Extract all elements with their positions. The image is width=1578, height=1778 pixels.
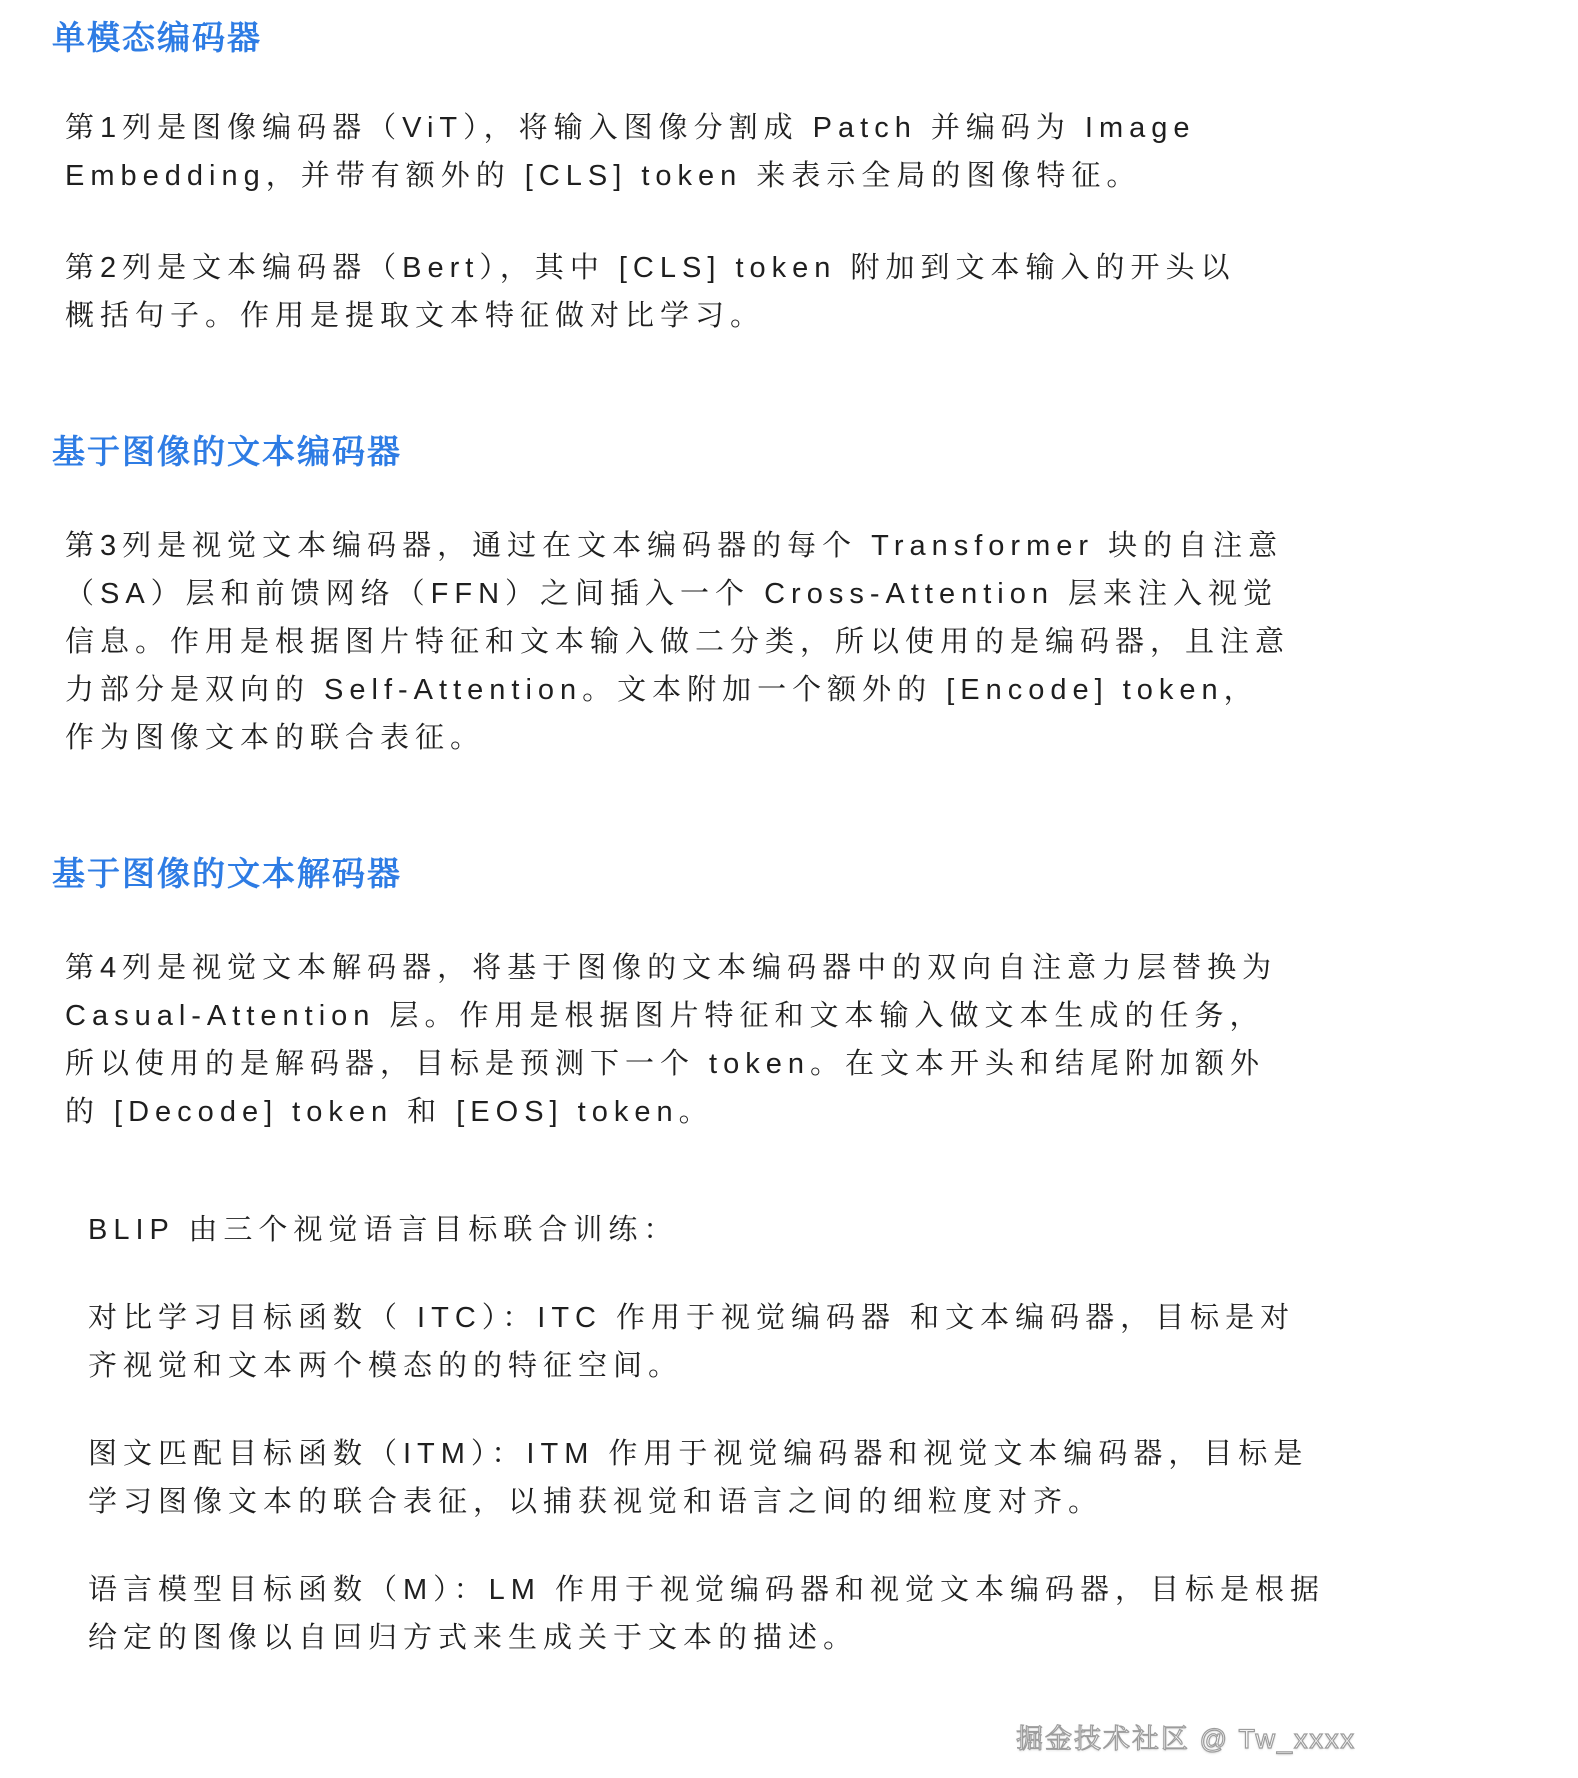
article-body: 单模态编码器 第1列是图像编码器（ViT），将输入图像分割成 Patch 并编码… [0,0,1532,1662]
training-notes-block: BLIP 由三个视觉语言目标联合训练： 对比学习目标函数（ ITC）：ITC 作… [88,1206,1532,1662]
paragraph-image-grounded-text-decoder: 第4列是视觉文本解码器，将基于图像的文本编码器中的双向自注意力层替换为 Casu… [65,944,1532,1136]
note-itm-objective: 图文匹配目标函数（ITM）：ITM 作用于视觉编码器和视觉文本编码器，目标是 学… [88,1430,1532,1526]
note-lm-objective: 语言模型目标函数（M）：LM 作用于视觉编码器和视觉文本编码器，目标是根据 给定… [88,1566,1532,1662]
note-training-intro: BLIP 由三个视觉语言目标联合训练： [88,1206,1532,1254]
juejin-watermark: 掘金技术社区 @ Tw_xxxx [1016,1717,1356,1756]
heading-image-grounded-text-encoder: 基于图像的文本编码器 [52,430,1532,474]
paragraph-bert-text-encoder: 第2列是文本编码器（Bert），其中 [CLS] token 附加到文本输入的开… [65,244,1532,340]
heading-unimodal-encoder: 单模态编码器 [52,16,1532,60]
paragraph-image-grounded-text-encoder: 第3列是视觉文本编码器，通过在文本编码器的每个 Transformer 块的自注… [65,522,1532,762]
paragraph-vit-image-encoder: 第1列是图像编码器（ViT），将输入图像分割成 Patch 并编码为 Image… [65,104,1532,200]
heading-image-grounded-text-decoder: 基于图像的文本解码器 [52,852,1532,896]
note-itc-objective: 对比学习目标函数（ ITC）：ITC 作用于视觉编码器 和文本编码器，目标是对 … [88,1294,1532,1390]
